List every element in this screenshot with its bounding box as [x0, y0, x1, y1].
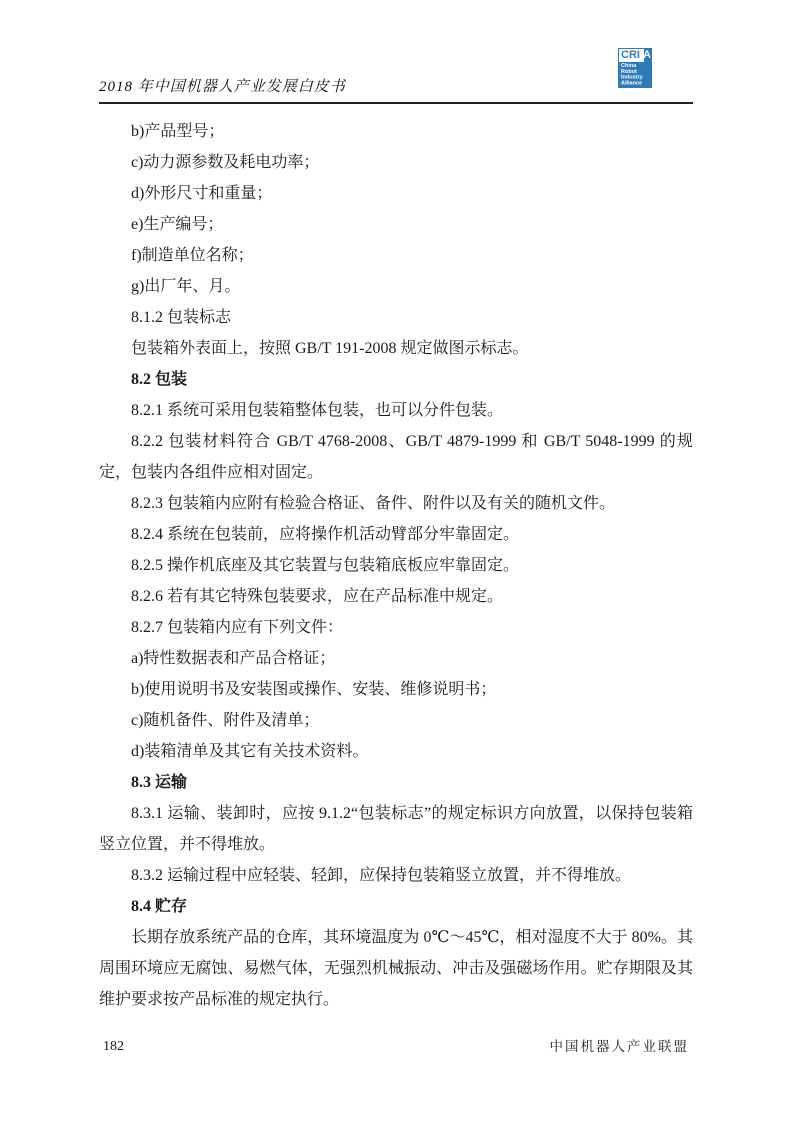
document-page: 2018 年中国机器人产业发展白皮书 CRI A China Robot Ind… [0, 0, 793, 1122]
list-item: a)特性数据表和产品合格证； [99, 643, 693, 674]
section-heading: 8.3 运输 [99, 767, 693, 798]
clause: 8.2.1 系统可采用包装箱整体包装，也可以分件包装。 [99, 395, 693, 426]
cria-logo-icon: CRI A China Robot Industry Alliance [618, 48, 652, 88]
clause: 8.2.6 若有其它特殊包装要求，应在产品标准中规定。 [99, 581, 693, 612]
list-item: f)制造单位名称； [99, 240, 693, 271]
page-footer: 182 中国机器人产业联盟 [99, 1035, 693, 1059]
clause: 8.2.7 包装箱内应有下列文件： [99, 612, 693, 643]
document-body: b)产品型号； c)动力源参数及耗电功率； d)外形尺寸和重量； e)生产编号；… [99, 116, 693, 1015]
section-heading: 8.2 包装 [99, 364, 693, 395]
footer-organization: 中国机器人产业联盟 [550, 1035, 690, 1059]
cria-logo-text-a: A [643, 49, 651, 62]
list-item: b)产品型号； [99, 116, 693, 147]
clause: 8.2.4 系统在包装前，应将操作机活动臂部分牢靠固定。 [99, 519, 693, 550]
clause: 8.2.2 包装材料符合 GB/T 4768-2008、GB/T 4879-19… [99, 426, 693, 488]
page-header: 2018 年中国机器人产业发展白皮书 [99, 0, 693, 104]
cria-logo-subtext: China Robot Industry Alliance [621, 63, 643, 86]
clause: 8.2.5 操作机底座及其它装置与包装箱底板应牢靠固定。 [99, 550, 693, 581]
section-heading: 8.4 贮存 [99, 891, 693, 922]
logo-sub-line: Alliance [621, 80, 643, 86]
header-title: 2018 年中国机器人产业发展白皮书 [99, 75, 346, 96]
list-item: c)随机备件、附件及清单； [99, 705, 693, 736]
paragraph: 包装箱外表面上，按照 GB/T 191-2008 规定做图示标志。 [99, 333, 693, 364]
clause: 8.1.2 包装标志 [99, 302, 693, 333]
list-item: g)出厂年、月。 [99, 271, 693, 302]
list-item: c)动力源参数及耗电功率； [99, 147, 693, 178]
list-item: e)生产编号； [99, 209, 693, 240]
page-number: 182 [103, 1035, 124, 1059]
clause: 8.3.2 运输过程中应轻装、轻卸，应保持包装箱竖立放置，并不得堆放。 [99, 860, 693, 891]
paragraph: 长期存放系统产品的仓库，其环境温度为 0℃～45℃，相对湿度不大于 80%。其周… [99, 922, 693, 1015]
clause: 8.3.1 运输、装卸时，应按 9.1.2“包装标志”的规定标识方向放置，以保持… [99, 798, 693, 860]
list-item: b)使用说明书及安装图或操作、安装、维修说明书； [99, 674, 693, 705]
cria-logo-strip: CRI [619, 49, 644, 62]
cria-logo-text-cri: CRI [621, 49, 640, 62]
clause: 8.2.3 包装箱内应附有检验合格证、备件、附件以及有关的随机文件。 [99, 488, 693, 519]
list-item: d)外形尺寸和重量； [99, 178, 693, 209]
list-item: d)装箱清单及其它有关技术资料。 [99, 736, 693, 767]
header-rule [99, 102, 693, 104]
